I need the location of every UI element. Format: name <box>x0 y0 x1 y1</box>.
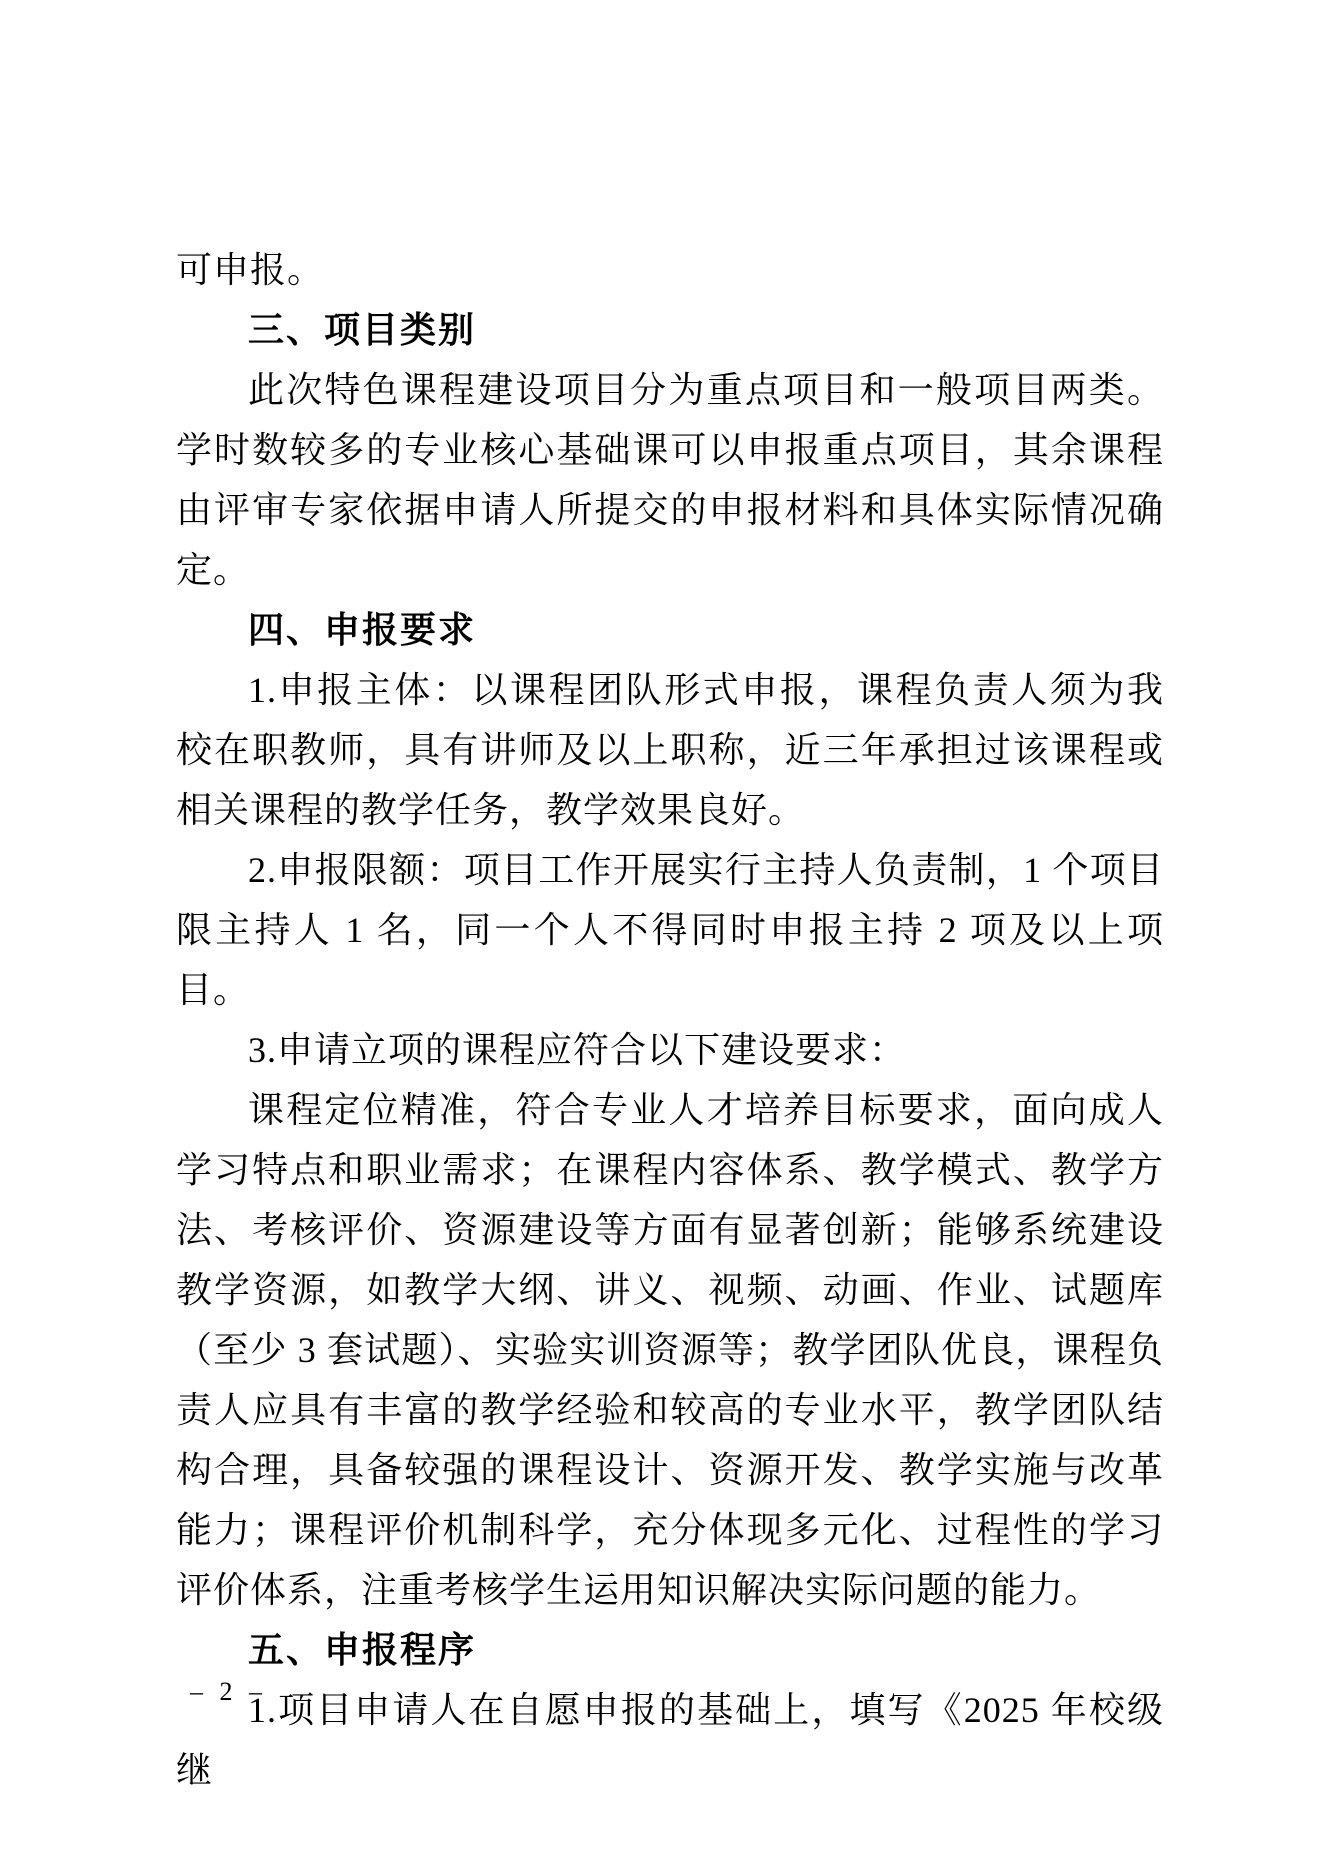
paragraph-application-quota: 2.申报限额：项目工作开展实行主持人负责制，1 个项目限主持人 1 名，同一个人… <box>176 840 1164 1020</box>
section-heading-application-requirements: 四、申报要求 <box>176 600 1164 660</box>
paragraph-application-subject: 1.申报主体：以课程团队形式申报，课程负责人须为我校在职教师，具有讲师及以上职称… <box>176 660 1164 840</box>
paragraph-continuation: 可申报。 <box>176 240 1164 300</box>
section-heading-project-category: 三、项目类别 <box>176 300 1164 360</box>
section-heading-application-procedure: 五、申报程序 <box>176 1620 1164 1680</box>
document-body: 可申报。 三、项目类别 此次特色课程建设项目分为重点项目和一般项目两类。学时数较… <box>176 240 1164 1800</box>
paragraph-application-procedure-step1: 1.项目申请人在自愿申报的基础上，填写《2025 年校级继 <box>176 1680 1164 1800</box>
page-number: – 2 – <box>190 1672 267 1712</box>
paragraph-course-construction-requirements: 课程定位精准，符合专业人才培养目标要求，面向成人学习特点和职业需求；在课程内容体… <box>176 1080 1164 1620</box>
paragraph-requirements-intro: 3.申请立项的课程应符合以下建设要求： <box>176 1020 1164 1080</box>
document-page: 可申报。 三、项目类别 此次特色课程建设项目分为重点项目和一般项目两类。学时数较… <box>0 0 1322 1871</box>
paragraph-project-categories: 此次特色课程建设项目分为重点项目和一般项目两类。学时数较多的专业核心基础课可以申… <box>176 360 1164 600</box>
